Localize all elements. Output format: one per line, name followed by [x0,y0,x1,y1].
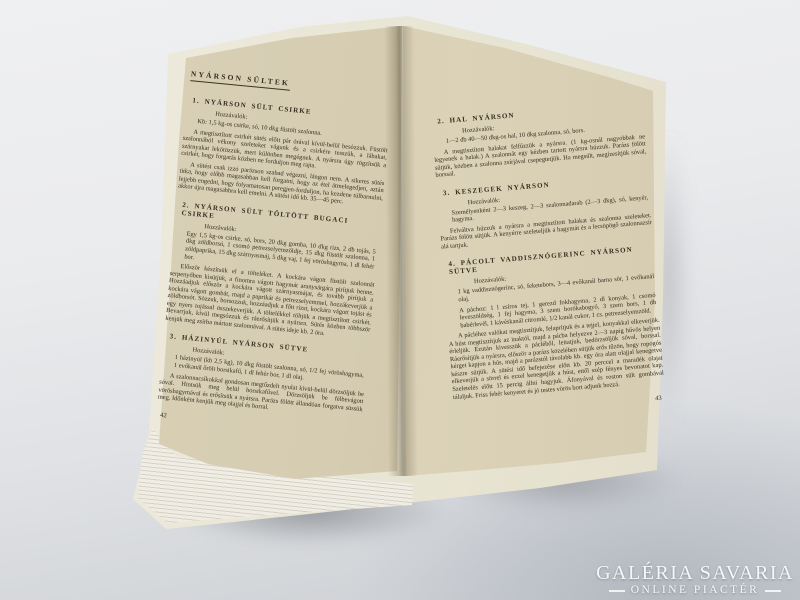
right-page-content: 2. HAL NYÁRSON Hozzávalók: 1—2 db 40—50 … [431,101,666,418]
section-header: NYÁRSON SÜLTEK [190,69,290,90]
recipe-paragraph: A pácléhez valókat megtisztítjuk, felapr… [448,317,665,401]
book-photo: NYÁRSON SÜLTEK 1. NYÁRSON SÜLT CSIRKE Ho… [0,0,800,600]
left-page-content: NYÁRSON SÜLTEK 1. NYÁRSON SÜLT CSIRKE Ho… [156,63,394,438]
watermark-rule-right [765,590,781,592]
watermark-title: GALÉRIA SAVARIA [596,563,794,584]
recipe-nyarson-sult-csirke: 1. NYÁRSON SÜLT CSIRKE Hozzávalók: Kb: 1… [178,96,391,210]
watermark-subtitle-text: ONLINE PIACTÉR [631,584,760,596]
watermark-subtitle: ONLINE PIACTÉR [596,584,794,597]
watermark-rule-left [609,590,625,592]
recipe-pacolt-vaddisznogerinc: 4. PÁCOLT VADDISZNÓGERINC NYÁRSON SÜTVE … [442,244,664,401]
recipe-keszegek-nyarson: 3. KESZEGEK NYÁRSON Hozzávalók: Személye… [437,173,653,251]
watermark: GALÉRIA SAVARIA ONLINE PIACTÉR [596,563,794,597]
recipe-toltott-bugaci-csirke: 2. NYÁRSON SÜLT TÖLTÖTT BUGACI CSIRKE Ho… [165,200,381,342]
recipe-hazinyul-nyarson: 3. HÁZINYÚL NYÁRSON SÜTVE Hozzávalók: 1 … [157,332,368,421]
